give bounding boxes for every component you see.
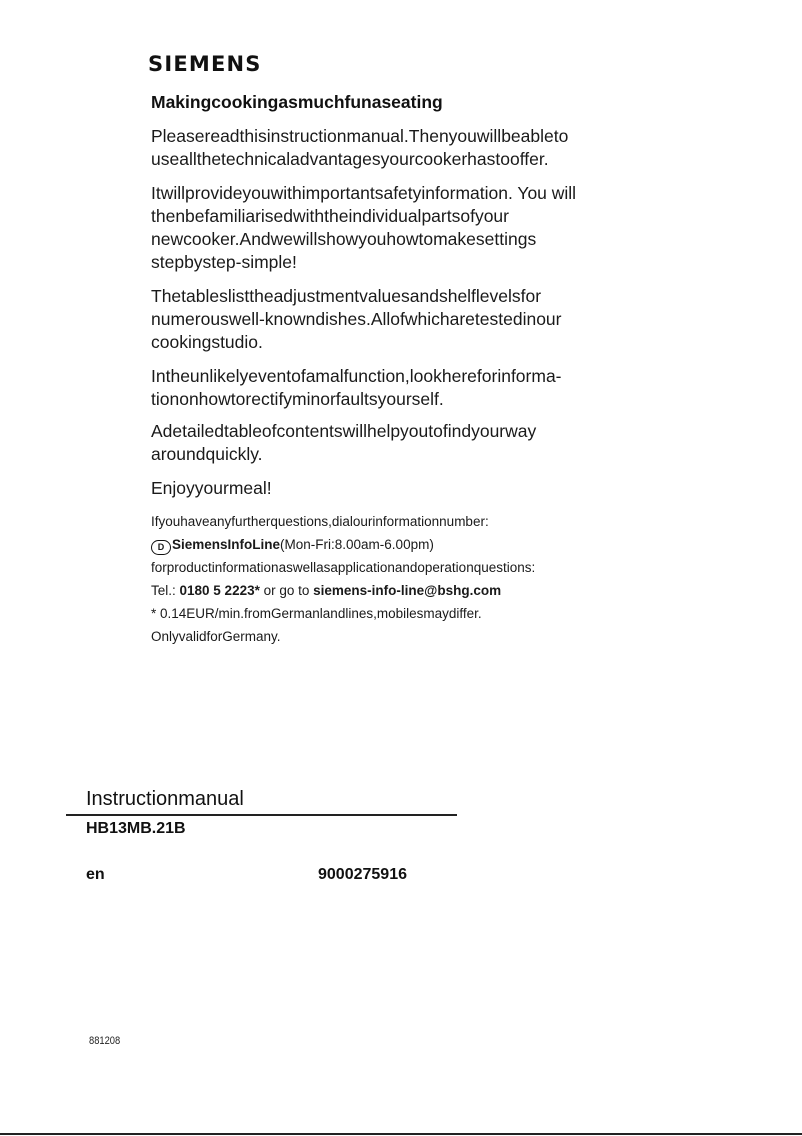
language-code: en [86,866,105,884]
intro-paragraph-1: Pleasereadthisinstructionmanual.Thenyouw… [151,125,621,171]
contact-row: Tel.: 0180 5 2223* or go to siemens-info… [151,579,501,602]
email-link[interactable]: siemens-info-line@bshg.com [313,583,501,598]
tel-label: Tel.: [151,583,180,598]
title-divider [66,814,457,816]
print-code: 881208 [89,1035,120,1047]
siemens-logo: SIEMENS [148,52,262,76]
intro-paragraph-3: Thetableslisttheadjustmentvaluesandshelf… [151,285,621,354]
info-intro: Ifyouhaveanyfurtherquestions,dialourinfo… [151,510,489,533]
goto-text: or go to [260,583,313,598]
infoline-name: SiemensInfoLine [172,537,280,552]
closing-line: Enjoyyourmeal! [151,477,621,500]
info-purpose: forproductinformationaswellasapplication… [151,556,535,579]
intro-paragraph-4: Intheunlikelyeventofamalfunction,lookher… [151,365,621,411]
germany-d-icon: D [151,540,171,555]
infoline-hours: (Mon-Fri:8.00am-6.00pm) [280,537,434,552]
page-bottom-border [0,1133,802,1135]
tagline: Makingcookingasmuchfunaseating [151,92,443,113]
intro-paragraph-5: Adetailedtableofcontentswillhelpyoutofin… [151,420,621,466]
document-number: 9000275916 [318,866,407,884]
footnote: * 0.14EUR/min.fromGermanlandlines,mobile… [151,602,482,625]
tel-number: 0180 5 2223* [180,583,260,598]
infoline-row: DSiemensInfoLine(Mon-Fri:8.00am-6.00pm) [151,533,434,556]
validity-note: OnlyvalidforGermany. [151,625,281,648]
model-number: HB13MB.21B [86,820,186,838]
intro-paragraph-2: Itwillprovideyouwithimportantsafetyinfor… [151,182,621,274]
manual-title: Instructionmanual [86,788,244,811]
